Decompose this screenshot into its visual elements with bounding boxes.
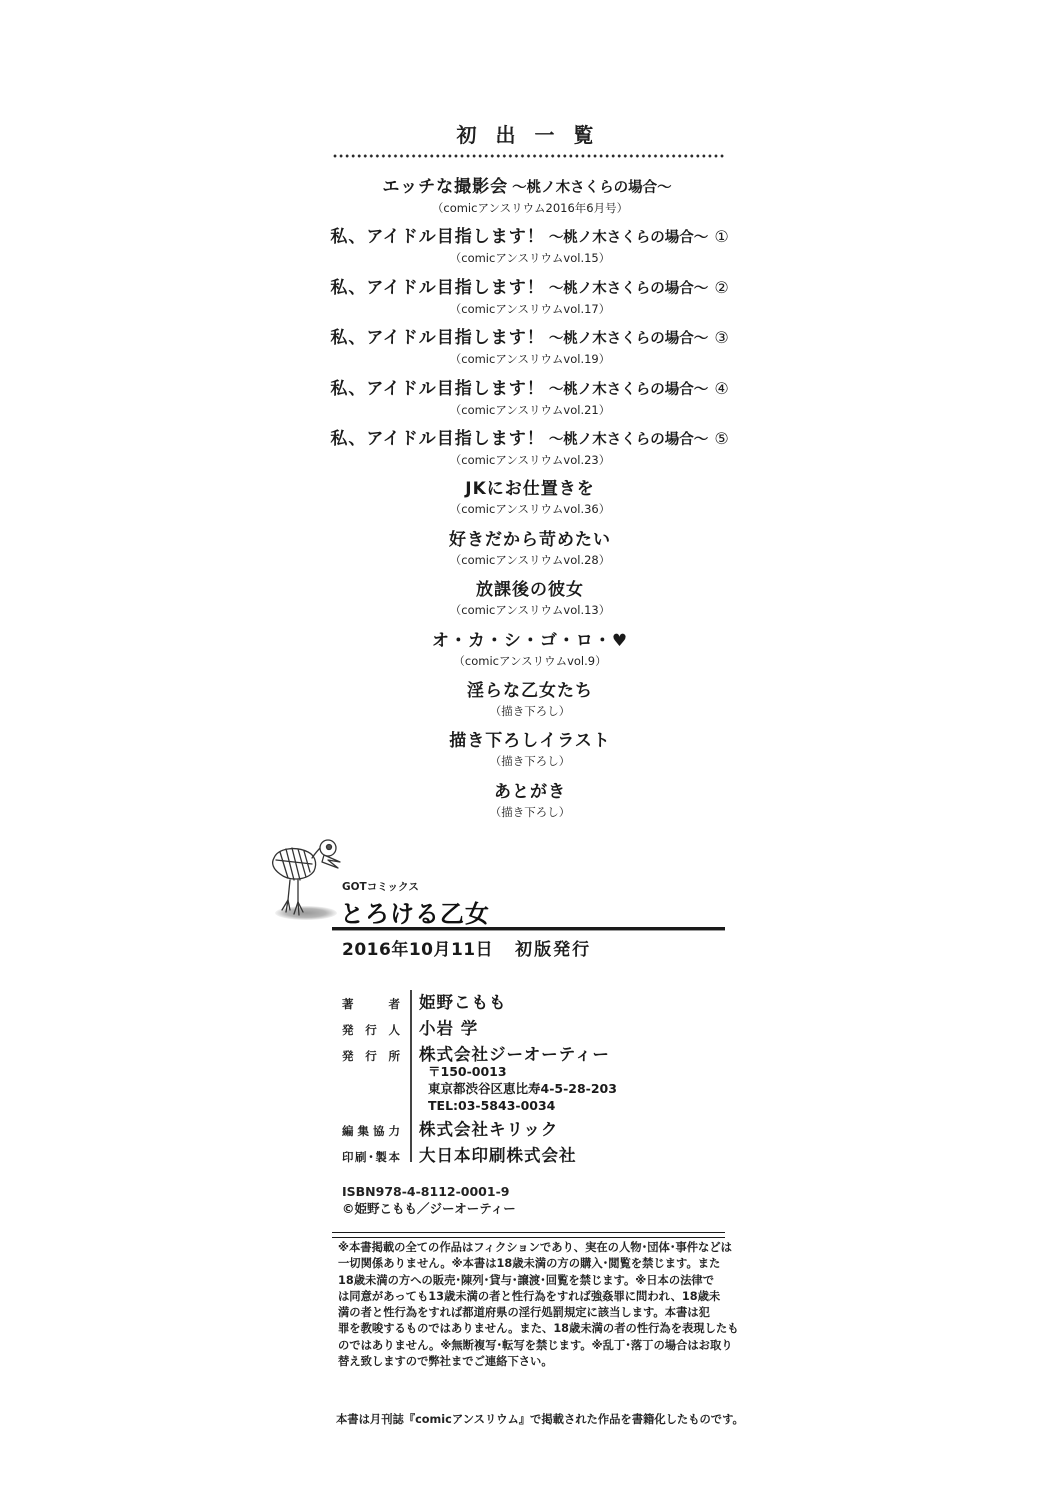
work-title-main: 描き下ろしイラスト (449, 731, 611, 751)
work-source: （comicアンスリウムvol.9） (300, 653, 760, 669)
work-entry: 淫らな乙女たち （描き下ろし） (300, 679, 760, 729)
credit-label: 編集協力 (342, 1123, 400, 1139)
work-source: （comicアンスリウムvol.21） (300, 402, 760, 418)
work-entry: JKにお仕置きを （comicアンスリウムvol.36） (300, 477, 760, 527)
work-entry: 好きだから苛めたい （comicアンスリウムvol.28） (300, 528, 760, 578)
work-title: 私、アイドル目指します！～桃ノ木さくらの場合～① (300, 225, 760, 250)
work-entry: あとがき （描き下ろし） (300, 780, 760, 830)
work-title-main: 淫らな乙女たち (467, 681, 593, 701)
notice-divider (332, 1232, 725, 1238)
work-entry: 描き下ろしイラスト （描き下ろし） (300, 729, 760, 779)
bird-logo-icon (268, 838, 348, 928)
notice-line: 満の者と性行為をすれば都道府県の淫行処罰規定に該当します。本書は犯 (338, 1305, 730, 1321)
credit-editorial: 編集協力 株式会社キリック (342, 1116, 742, 1142)
work-source: （comicアンスリウム2016年6月号） (300, 200, 760, 216)
date-text: 2016年10月11日 (342, 940, 493, 960)
work-title: 私、アイドル目指します！～桃ノ木さくらの場合～③ (300, 326, 760, 351)
work-source: （comicアンスリウムvol.23） (300, 452, 760, 468)
work-title-main: オ・カ・シ・ゴ・ロ・♥ (432, 631, 628, 651)
work-entry: 私、アイドル目指します！～桃ノ木さくらの場合～④ （comicアンスリウムvol… (300, 377, 760, 427)
work-title: 私、アイドル目指します！～桃ノ木さくらの場合～⑤ (300, 427, 760, 452)
title-divider (332, 927, 725, 930)
work-title-main: エッチな撮影会 (382, 177, 508, 197)
credit-label: 印刷･製本 (342, 1149, 400, 1165)
phone-number: TEL:03-5843-0034 (428, 1097, 742, 1114)
notice-line: 替え致しますので弊社までご連絡下さい。 (338, 1354, 730, 1370)
colophon-page: 初 出 一 覧 エッチな撮影会～桃ノ木さくらの場合～ （comicアンスリウム2… (0, 0, 1058, 1500)
credit-value: 株式会社ジーオーティー (419, 1041, 610, 1065)
work-title: 私、アイドル目指します！～桃ノ木さくらの場合～④ (300, 377, 760, 402)
work-source: （comicアンスリウムvol.28） (300, 552, 760, 568)
works-list: エッチな撮影会～桃ノ木さくらの場合～ （comicアンスリウム2016年6月号）… (300, 175, 760, 830)
credit-value: 姫野こもも (419, 989, 507, 1013)
work-title-main: 私、アイドル目指します！ (330, 429, 544, 449)
work-title: JKにお仕置きを (300, 477, 760, 501)
book-title: とろける乙女 (340, 894, 490, 929)
work-subtitle: ～桃ノ木さくらの場合～ (549, 331, 709, 347)
edition-text: 初版発行 (515, 940, 591, 960)
work-subtitle: ～桃ノ木さくらの場合～ (549, 281, 709, 297)
work-title: 放課後の彼女 (300, 578, 760, 602)
work-subtitle: ～桃ノ木さくらの場合～ (549, 432, 709, 448)
work-title: あとがき (300, 780, 760, 804)
notice-line: 18歳未満の方への販売･陳列･貸与･譲渡･回覧を禁じます。※日本の法律で (338, 1273, 730, 1289)
work-source: （comicアンスリウムvol.13） (300, 602, 760, 618)
notice-line: ※本書掲載の全ての作品はフィクションであり、実在の人物･団体･事件などは (338, 1240, 730, 1256)
isbn-number: ISBN978-4-8112-0001-9 (342, 1183, 516, 1200)
work-title: 好きだから苛めたい (300, 528, 760, 552)
work-title: オ・カ・シ・ゴ・ロ・♥ (300, 629, 760, 653)
work-entry: エッチな撮影会～桃ノ木さくらの場合～ （comicアンスリウム2016年6月号） (300, 175, 760, 225)
dotted-divider (332, 154, 724, 158)
work-title: 描き下ろしイラスト (300, 729, 760, 753)
work-source: （comicアンスリウムvol.36） (300, 501, 760, 517)
work-entry: 私、アイドル目指します！～桃ノ木さくらの場合～① （comicアンスリウムvol… (300, 225, 760, 275)
work-source: （描き下ろし） (300, 703, 760, 719)
work-title-main: JKにお仕置きを (465, 479, 595, 499)
imprint-label: GOTコミックス (342, 879, 419, 894)
work-entry: オ・カ・シ・ゴ・ロ・♥ （comicアンスリウムvol.9） (300, 629, 760, 679)
work-source: （comicアンスリウムvol.19） (300, 351, 760, 367)
credit-publisher-company: 発行所 株式会社ジーオーティー (342, 1041, 742, 1067)
work-number: ① (714, 227, 729, 246)
work-number: ⑤ (714, 429, 729, 448)
isbn-block: ISBN978-4-8112-0001-9 ©姫野こもも／ジーオーティー (342, 1183, 516, 1217)
work-entry: 放課後の彼女 （comicアンスリウムvol.13） (300, 578, 760, 628)
publication-footnote: 本書は月刊誌『comicアンスリウム』で掲載された作品を書籍化したものです。 (336, 1411, 744, 1427)
work-title-main: あとがき (494, 782, 566, 802)
credit-value: 小岩 学 (419, 1015, 478, 1039)
work-source: （comicアンスリウムvol.17） (300, 301, 760, 317)
credit-label: 著 者 (342, 996, 400, 1012)
notice-line: 罪を教唆するものではありません。また、18歳未満の者の性行為を表現したも (338, 1321, 730, 1337)
work-title-main: 私、アイドル目指します！ (330, 328, 544, 348)
credit-publisher-person: 発行人 小岩 学 (342, 1015, 742, 1041)
copyright-line: ©姫野こもも／ジーオーティー (342, 1200, 516, 1217)
work-number: ④ (714, 379, 729, 398)
credit-printing: 印刷･製本 大日本印刷株式会社 (342, 1142, 742, 1168)
work-subtitle: ～桃ノ木さくらの場合～ (549, 230, 709, 246)
notice-line: のではありません。※無断複写･転写を禁じます。※乱丁･落丁の場合はお取り (338, 1338, 730, 1354)
work-subtitle: ～桃ノ木さくらの場合～ (512, 180, 672, 196)
work-title: 私、アイドル目指します！～桃ノ木さくらの場合～② (300, 276, 760, 301)
first-appearance-heading: 初 出 一 覧 (330, 119, 726, 148)
work-title-main: 私、アイドル目指します！ (330, 227, 544, 247)
work-entry: 私、アイドル目指します！～桃ノ木さくらの場合～③ （comicアンスリウムvol… (300, 326, 760, 376)
work-number: ② (714, 278, 729, 297)
notice-line: は同意があっても13歳未満の者と性行為をすれば強姦罪に問われ、18歳未 (338, 1289, 730, 1305)
work-title: エッチな撮影会～桃ノ木さくらの場合～ (300, 175, 760, 200)
street-address: 東京都渋谷区恵比寿4-5-28-203 (428, 1080, 742, 1097)
work-title-main: 好きだから苛めたい (449, 530, 611, 550)
legal-notice: ※本書掲載の全ての作品はフィクションであり、実在の人物･団体･事件などは 一切関… (338, 1240, 730, 1370)
work-title-main: 私、アイドル目指します！ (330, 278, 544, 298)
work-title-main: 私、アイドル目指します！ (330, 379, 544, 399)
credit-label: 発行所 (342, 1048, 400, 1064)
work-title-main: 放課後の彼女 (476, 580, 584, 600)
publisher-address: 〒150-0013 東京都渋谷区恵比寿4-5-28-203 TEL:03-584… (428, 1063, 742, 1114)
credit-value: 大日本印刷株式会社 (419, 1142, 577, 1166)
publication-date: 2016年10月11日初版発行 (342, 935, 591, 960)
work-source: （描き下ろし） (300, 804, 760, 820)
work-number: ③ (714, 328, 729, 347)
credits-block: 著 者 姫野こもも 発行人 小岩 学 発行所 株式会社ジーオーティー 〒150-… (342, 989, 742, 1168)
credit-label: 発行人 (342, 1022, 400, 1038)
work-source: （描き下ろし） (300, 753, 760, 769)
work-title: 淫らな乙女たち (300, 679, 760, 703)
work-entry: 私、アイドル目指します！～桃ノ木さくらの場合～⑤ （comicアンスリウムvol… (300, 427, 760, 477)
work-source: （comicアンスリウムvol.15） (300, 250, 760, 266)
work-subtitle: ～桃ノ木さくらの場合～ (549, 382, 709, 398)
notice-line: 一切関係ありません。※本書は18歳未満の方の購入･閲覧を禁じます。また (338, 1256, 730, 1272)
credit-author: 著 者 姫野こもも (342, 989, 742, 1015)
credit-value: 株式会社キリック (419, 1116, 558, 1140)
work-entry: 私、アイドル目指します！～桃ノ木さくらの場合～② （comicアンスリウムvol… (300, 276, 760, 326)
